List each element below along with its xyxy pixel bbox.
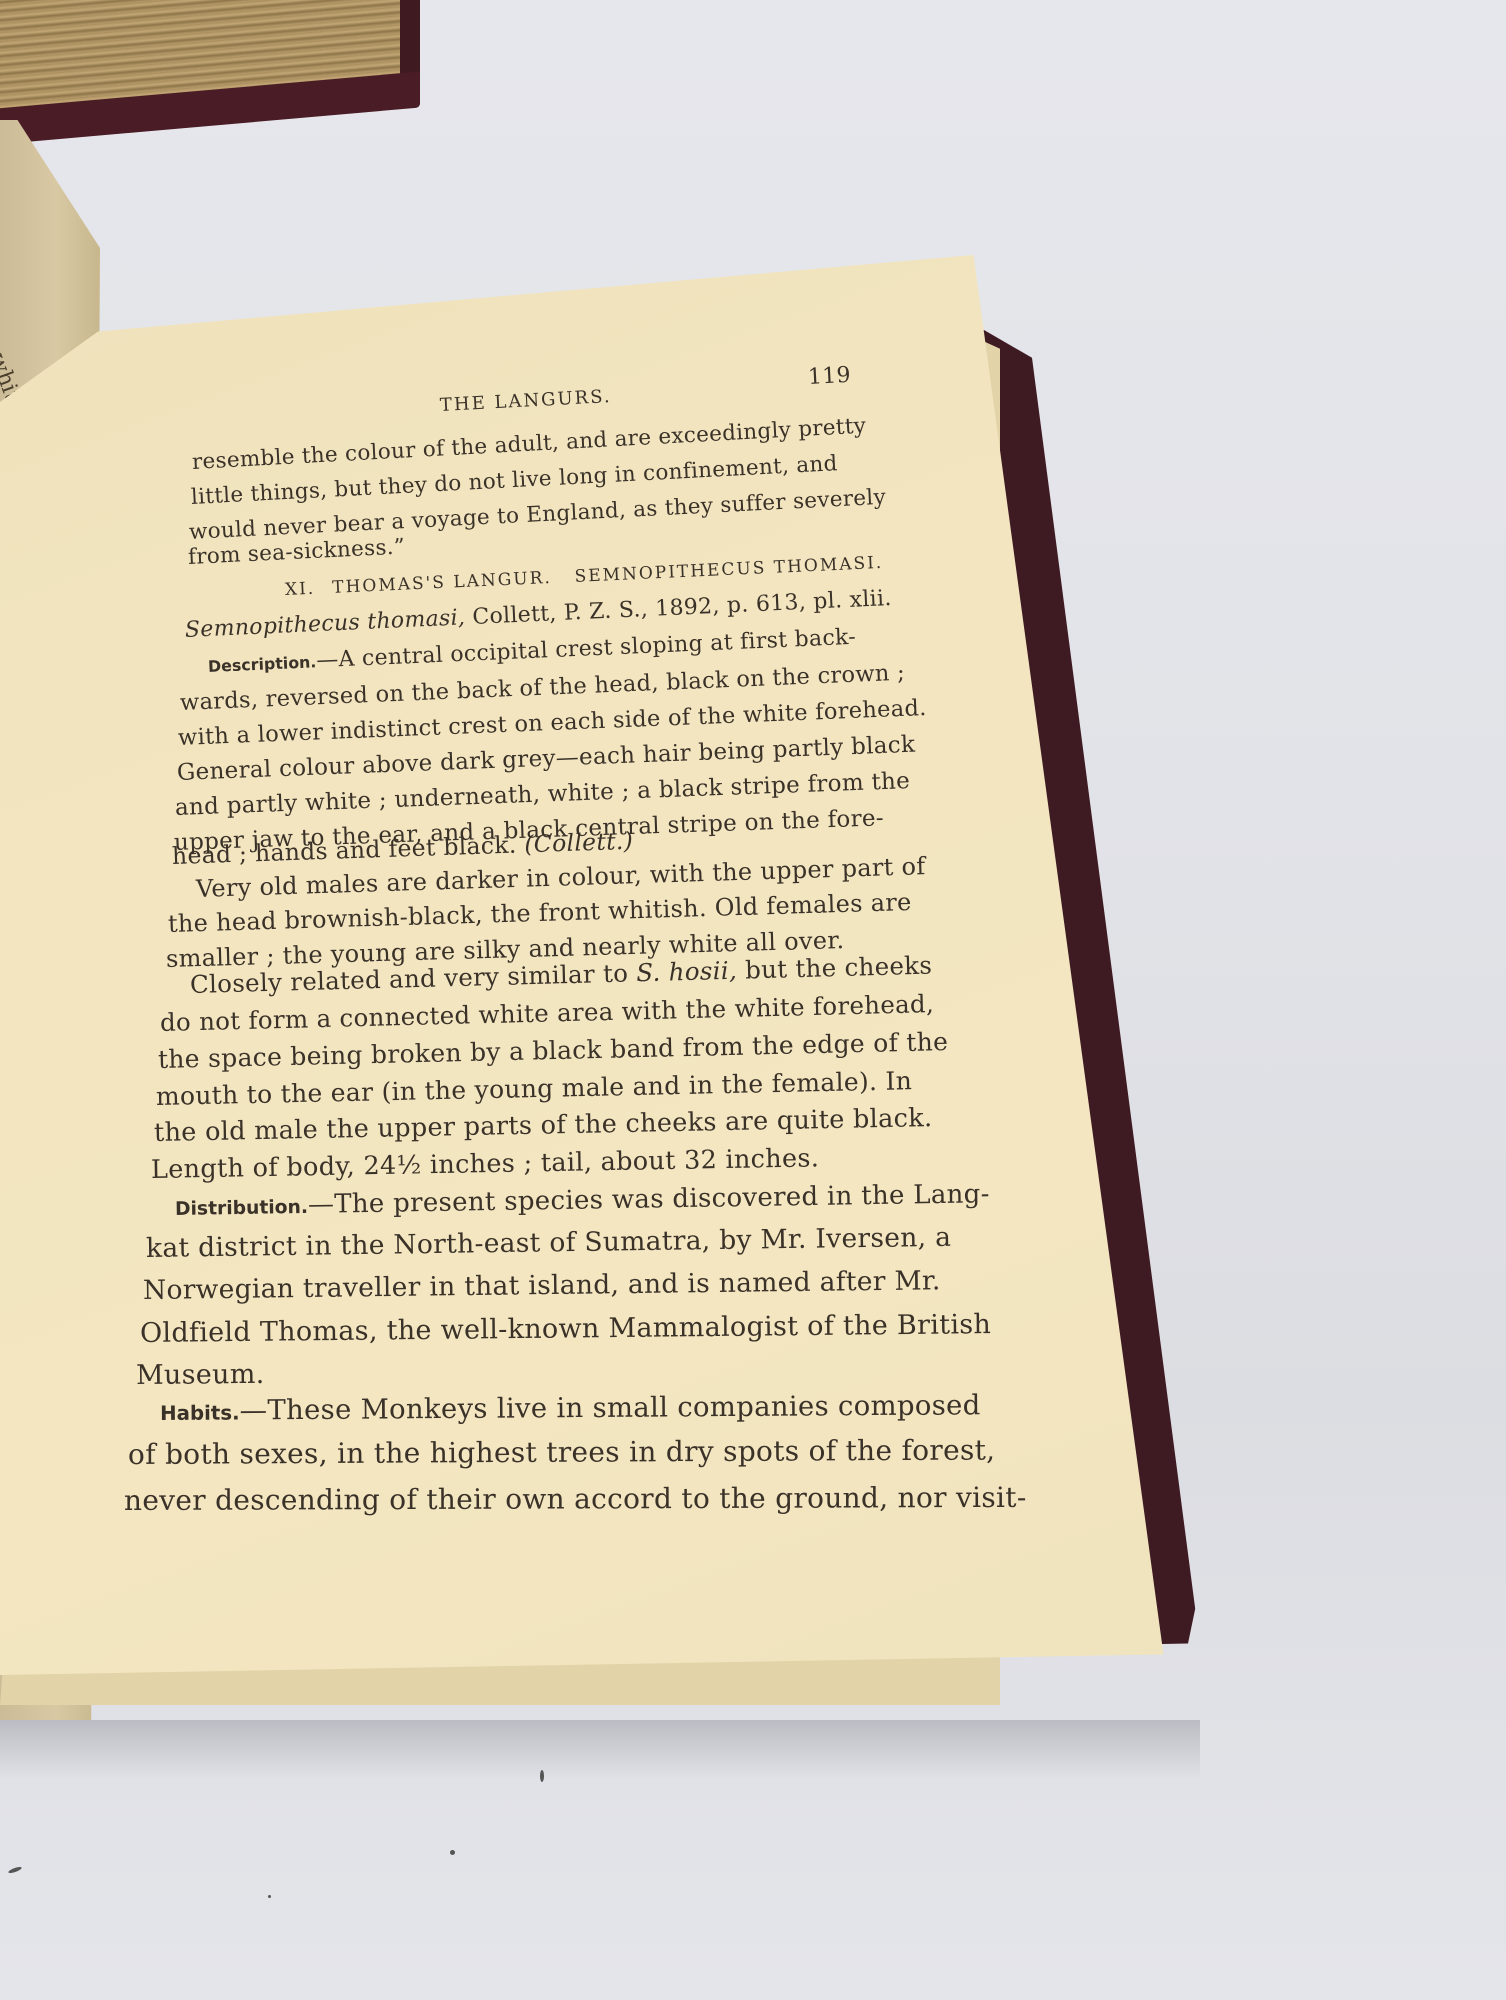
species-reference: S. hosii, xyxy=(636,956,737,988)
book-shadow xyxy=(0,1720,1200,1780)
text-line: of both sexes, in the highest trees in d… xyxy=(128,1433,996,1471)
debris-speck xyxy=(8,1866,23,1875)
distribution-label: Distribution. xyxy=(175,1197,308,1220)
page-number: 119 xyxy=(807,363,851,390)
text-line: never descending of their own accord to … xyxy=(124,1481,1027,1517)
background-book xyxy=(0,0,440,170)
habits-first-line: Habits.—These Monkeys live in small comp… xyxy=(160,1389,981,1427)
text-line: Museum. xyxy=(136,1359,265,1391)
debris-speck xyxy=(540,1770,544,1782)
debris-speck xyxy=(268,1895,271,1898)
debris-speck xyxy=(450,1850,455,1855)
section-number: XI. xyxy=(285,579,316,600)
habits-label: Habits. xyxy=(160,1401,240,1425)
description-label: Description. xyxy=(208,652,317,676)
attribution: (Collett.) xyxy=(524,827,634,859)
